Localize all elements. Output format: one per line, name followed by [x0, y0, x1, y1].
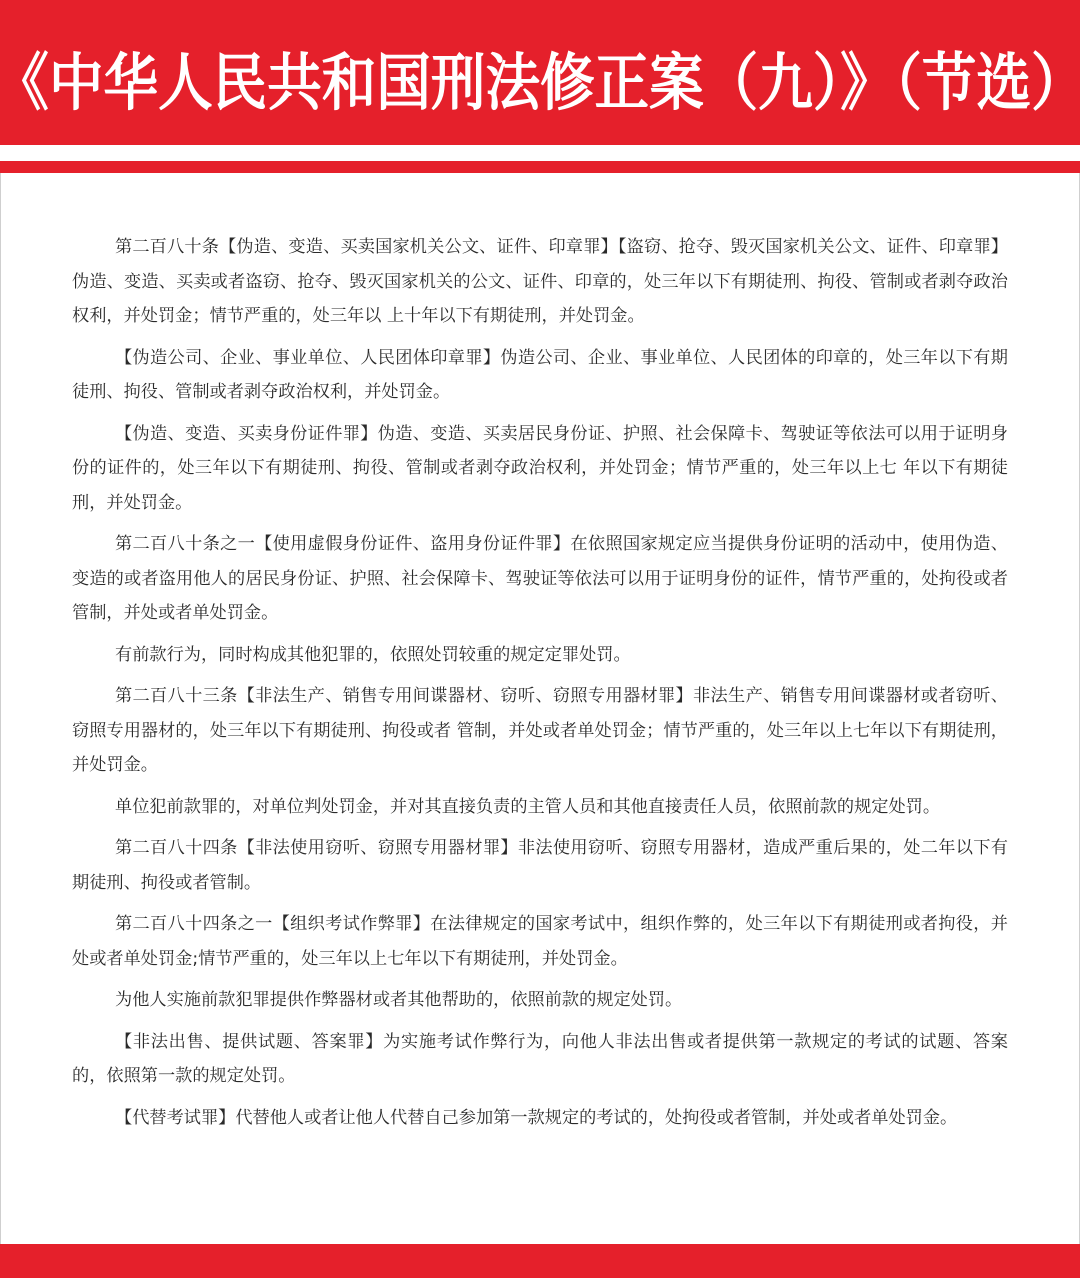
title-banner: 《中华人民共和国刑法修正案（九）》（节选） — [0, 0, 1080, 145]
paragraph-article-284: 第二百八十四条【非法使用窃听、窃照专用器材罪】非法使用窃听、窃照专用器材，造成严… — [72, 831, 1008, 900]
paragraph-article-280-1-clause-2: 有前款行为，同时构成其他犯罪的，依照处罚较重的规定定罪处罚。 — [72, 638, 1008, 673]
paragraph-article-283: 第二百八十三条【非法生产、销售专用间谍器材、窃听、窃照专用器材罪】非法生产、销售… — [72, 679, 1008, 783]
paragraph-forging-company-seals: 【伪造公司、企业、事业单位、人民团体印章罪】伪造公司、企业、事业单位、人民团体的… — [72, 341, 1008, 410]
paragraph-article-284-1: 第二百八十四条之一【组织考试作弊罪】在法律规定的国家考试中，组织作弊的，处三年以… — [72, 907, 1008, 976]
paragraph-article-283-clause-2: 单位犯前款罪的，对单位判处罚金，并对其直接负责的主管人员和其他直接责任人员，依照… — [72, 790, 1008, 825]
paragraph-selling-exam-answers: 【非法出售、提供试题、答案罪】为实施考试作弊行为，向他人非法出售或者提供第一款规… — [72, 1025, 1008, 1094]
footer-red-band — [0, 1244, 1080, 1278]
page-title: 《中华人民共和国刑法修正案（九）》（节选） — [0, 33, 1080, 122]
paragraph-article-284-1-clause-2: 为他人实施前款犯罪提供作弊器材或者其他帮助的，依照前款的规定处罚。 — [72, 983, 1008, 1018]
divider-red-stripe — [0, 161, 1080, 173]
paragraph-substitute-exam: 【代替考试罪】代替他人或者让他人代替自己参加第一款规定的考试的，处拘役或者管制，… — [72, 1101, 1008, 1136]
paragraph-article-280: 第二百八十条【伪造、变造、买卖国家机关公文、证件、印章罪】【盗窃、抢夺、毁灭国家… — [72, 230, 1008, 334]
divider-white-stripe — [0, 145, 1080, 161]
paragraph-article-280-1: 第二百八十条之一【使用虚假身份证件、盗用身份证件罪】在依照国家规定应当提供身份证… — [72, 527, 1008, 631]
paragraph-forging-identity-documents: 【伪造、变造、买卖身份证件罪】伪造、变造、买卖居民身份证、护照、社会保障卡、驾驶… — [72, 417, 1008, 521]
document-content: 第二百八十条【伪造、变造、买卖国家机关公文、证件、印章罪】【盗窃、抢夺、毁灭国家… — [72, 230, 1008, 1142]
